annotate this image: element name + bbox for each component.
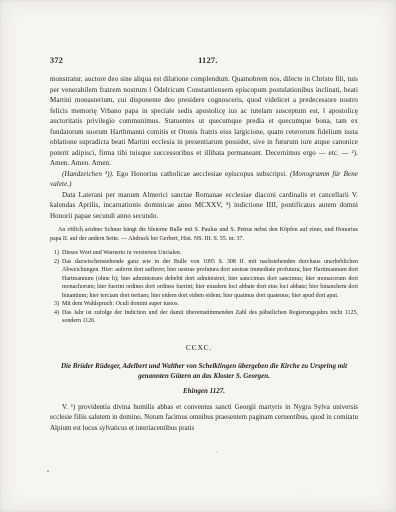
charter-dateline: Ehingen 1127. xyxy=(50,387,358,395)
scan-speck xyxy=(47,470,49,472)
subscription-text: Ego Honorius catholicae aecclesiae episc… xyxy=(117,170,290,178)
scan-speck xyxy=(216,452,218,453)
charter-289-body: monstratur, auctore deo sine aliqua est … xyxy=(50,74,358,169)
footnote-marker: 2) xyxy=(50,258,62,301)
footnote-3: 3) Mit dem Wahlspruch: Oculi domini supe… xyxy=(50,300,358,309)
handzeichen-note: (Handzeichen ³)). xyxy=(62,170,117,178)
scanned-book-page: 372 1127. monstratur, auctore deo sine a… xyxy=(0,0,396,512)
footnote-text: Das dazwischenstehende ganz wie in der B… xyxy=(62,258,358,301)
charter-regest: Die Brüder Rüdeger, Adelbert und Walther… xyxy=(56,361,352,382)
footnote-1: 1) Dieses Wort und Warnerio in versierte… xyxy=(50,249,358,258)
footnote-marker: 3) xyxy=(50,300,62,309)
footnote-marker: 1) xyxy=(50,249,62,258)
charter-289-section: monstratur, auctore deo sine aliqua est … xyxy=(50,74,358,221)
charter-290-section: CCXC. Die Brüder Rüdeger, Adelbert und W… xyxy=(50,343,358,434)
footnote-text: Dieses Wort und Warnerio in versierten U… xyxy=(62,249,358,258)
charter-number: CCXC. xyxy=(50,343,358,352)
charter-289-datum: Data Laterani per manum Almerici sanctae… xyxy=(50,190,358,222)
charter-290-body: V. ¹) providentia divina humilis abbas e… xyxy=(50,402,358,434)
footnote-marker: 4) xyxy=(50,309,62,326)
page-number: 372 xyxy=(50,56,110,65)
footnotes-block: 1) Dieses Wort und Warnerio in versierte… xyxy=(50,249,358,326)
footnote-4: 4) Das Jahr ist zufolge der Indiction un… xyxy=(50,309,358,326)
footnote-2: 2) Das dazwischenstehende ganz wie in de… xyxy=(50,258,358,301)
charter-289-subscription: (Handzeichen ³)). Ego Honorius catholica… xyxy=(50,169,358,190)
seal-note: An rötlich seidner Schnur hängt die blei… xyxy=(50,226,358,243)
scan-speck xyxy=(303,487,305,489)
year-heading: 1127. xyxy=(110,56,358,65)
footnote-text: Das Jahr ist zufolge der Indiction und d… xyxy=(62,309,358,326)
footnote-text: Mit dem Wahlspruch: Oculi domini super i… xyxy=(62,300,358,309)
running-head: 372 1127. xyxy=(50,56,358,65)
